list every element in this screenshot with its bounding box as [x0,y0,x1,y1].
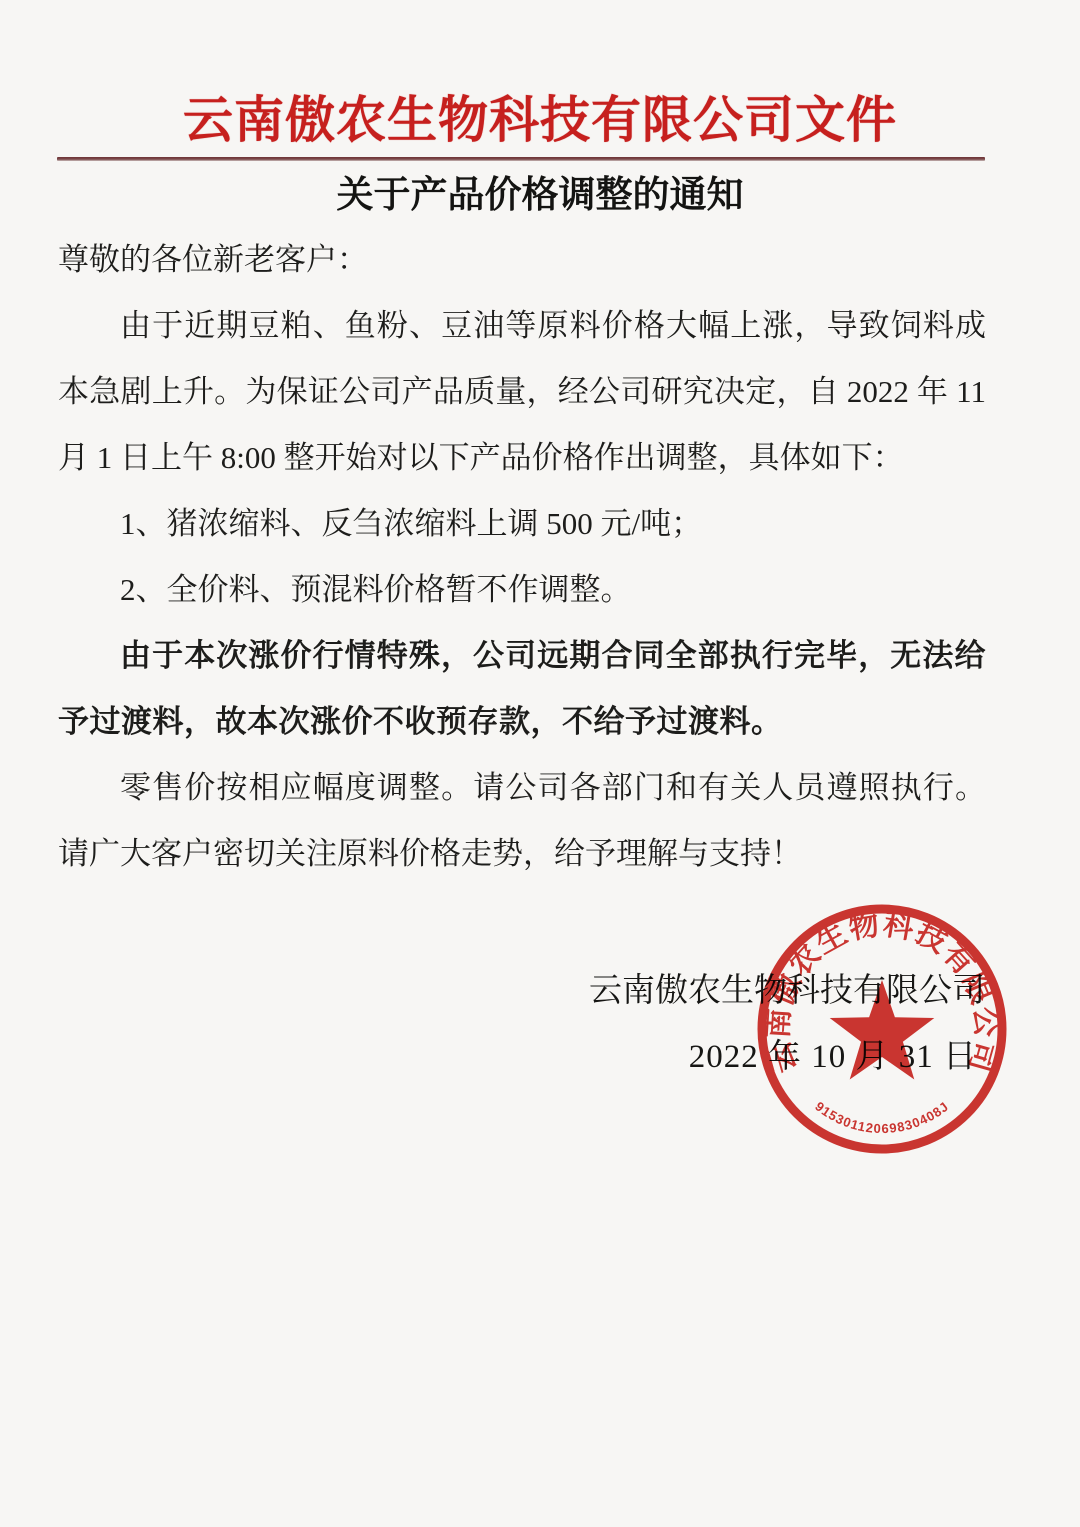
company-seal-stamp: 云南傲农生物科技有限公司 91530112069830408J [752,899,1012,1159]
document-title: 关于产品价格调整的通知 [0,172,1080,218]
notice-document-page: 云南傲农生物科技有限公司文件 关于产品价格调整的通知 尊敬的各位新老客户： 由于… [0,0,1080,1527]
list-item-no-change: 2、全价料、预混料价格暂不作调整。 [58,557,986,623]
body-paragraph-bold-notice: 由于本次涨价行情特殊，公司远期合同全部执行完毕，无法给予过渡料，故本次涨价不收预… [58,623,986,755]
body-paragraph-intro: 由于近期豆粕、鱼粉、豆油等原料价格大幅上涨，导致饲料成本急剧上升。为保证公司产品… [58,293,986,491]
company-seal-svg: 云南傲农生物科技有限公司 91530112069830408J [752,899,1012,1159]
body-paragraph-closing: 零售价按相应幅度调整。请公司各部门和有关人员遵照执行。请广大客户密切关注原料价格… [58,755,986,887]
list-item-price-increase: 1、猪浓缩料、反刍浓缩料上调 500 元/吨； [58,491,986,557]
letterhead-divider-rule [57,157,985,161]
seal-star-icon [830,980,935,1080]
document-body: 尊敬的各位新老客户： 由于近期豆粕、鱼粉、豆油等原料价格大幅上涨，导致饲料成本急… [58,227,986,887]
seal-credit-code: 91530112069830408J [812,1099,951,1137]
salutation-line: 尊敬的各位新老客户： [58,227,986,293]
letterhead-title: 云南傲农生物科技有限公司文件 [0,92,1080,148]
